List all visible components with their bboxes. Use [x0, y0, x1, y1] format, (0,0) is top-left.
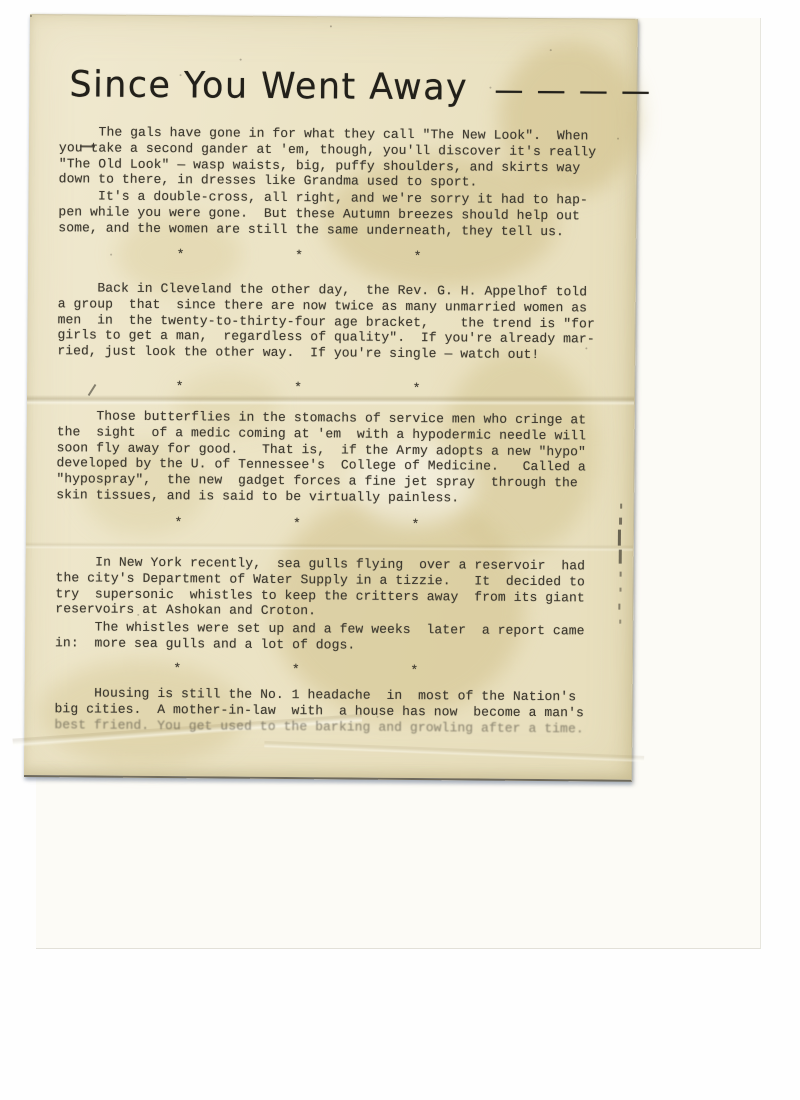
paragraph: It's a double-cross, all right, and we'r…: [58, 188, 588, 240]
fold-crease: [264, 741, 644, 763]
fold-crease: [26, 540, 633, 552]
paragraph: Housing is still the No. 1 headache in m…: [54, 685, 584, 737]
section-separator: * * *: [58, 246, 422, 265]
separator-stars: * * *: [58, 246, 422, 265]
edge-ink-mark: [618, 604, 620, 610]
text-line: some, and the women are still the same u…: [58, 220, 587, 240]
newsletter-page: Since You Went Away — — — — The gals hav…: [24, 14, 638, 782]
edge-ink-mark: [619, 588, 621, 592]
paragraph: In New York recently, sea gulls flying o…: [55, 554, 585, 621]
separator-stars: * * *: [57, 378, 421, 397]
edge-ink-mark: [619, 620, 621, 624]
edge-ink-mark: [618, 530, 621, 546]
separator-stars: * * *: [55, 660, 419, 679]
page-title: Since You Went Away: [69, 63, 468, 110]
edge-ink-mark: [619, 518, 622, 525]
text-line: best friend. You get used to the barking…: [54, 717, 583, 737]
document-sections: The gals have gone in for what they call…: [30, 15, 637, 20]
edge-ink-mark: [619, 550, 622, 564]
paragraph: The gals have gone in for what they call…: [59, 124, 597, 191]
screenshot-root: { "colors": { "paper": "#ece4c6", "ink":…: [0, 0, 800, 1100]
edge-ink-mark: [620, 504, 622, 509]
separator-stars: * * *: [56, 514, 420, 533]
section-separator: * * *: [56, 514, 420, 533]
ink-speckles: [30, 15, 32, 17]
section-separator: * * *: [55, 660, 419, 679]
paragraph: The whistles were set up and a few weeks…: [55, 619, 585, 655]
text-line: ried, just look the other way. If you're…: [57, 343, 594, 363]
section-separator: * * *: [57, 378, 421, 397]
title-dashes: — — — —: [494, 71, 652, 108]
edge-ink-mark: [620, 572, 622, 577]
masthead: Since You Went Away — — — —: [69, 63, 652, 112]
paragraph: Back in Cleveland the other day, the Rev…: [57, 280, 595, 363]
paragraph: Those butterflies in the stomachs of ser…: [56, 408, 586, 507]
